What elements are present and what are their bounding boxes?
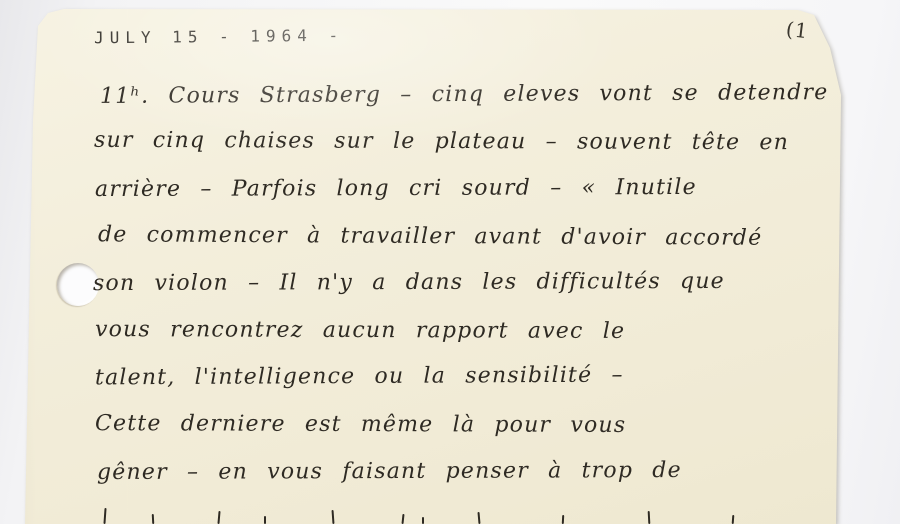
handwritten-line-2: sur cinq chaises sur le plateau – souven… [94, 128, 789, 155]
handwritten-line-7: talent, l'intelligence ou la sensibilité… [95, 363, 624, 391]
handwritten-line-8: Cette derniere est même là pour vous [95, 411, 626, 438]
handwritten-line-5: son violon – Il n'y a dans les difficult… [93, 269, 725, 296]
clipped-line-strokes [0, 0, 900, 524]
photo-backdrop: JULY 15 - 1964 - (1 11ʰ. Cours Strasberg… [0, 0, 900, 524]
handwritten-line-9: gêner – en vous faisant penser à trop de [97, 458, 682, 485]
date-heading: JULY 15 - 1964 - [94, 26, 344, 48]
page-number: (1 [785, 17, 810, 44]
handwritten-line-1: 11ʰ. Cours Strasberg – cinq eleves vont … [100, 80, 829, 109]
journal-page: JULY 15 - 1964 - (1 11ʰ. Cours Strasberg… [0, 0, 900, 524]
paper-shadow: JULY 15 - 1964 - (1 11ʰ. Cours Strasberg… [0, 0, 900, 524]
handwritten-line-6: vous rencontrez aucun rapport avec le [95, 317, 625, 344]
handwritten-line-3: arrière – Parfois long cri sourd – « Inu… [95, 175, 697, 202]
handwritten-line-4: de commencer à travailler avant d'avoir … [98, 222, 762, 250]
